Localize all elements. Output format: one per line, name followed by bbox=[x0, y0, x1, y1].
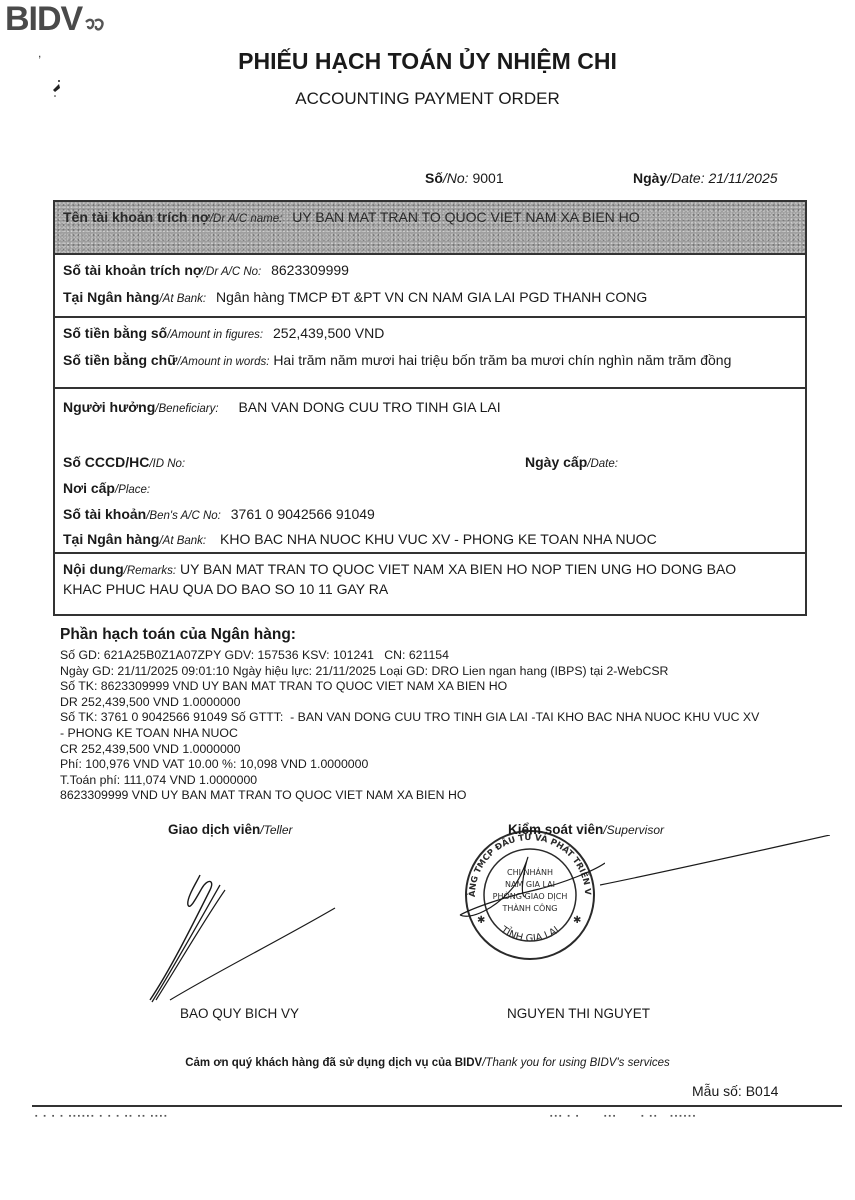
beneficiary-account-line: Số tài khoản/Ben's A/C No: 3761 0 904256… bbox=[63, 506, 375, 522]
bank-accounting-line: 8623309999 VND UY BAN MAT TRAN TO QUOC V… bbox=[60, 788, 759, 804]
bank-accounting-line: Ngày GD: 21/11/2025 09:01:10 Ngày hiệu l… bbox=[60, 664, 759, 680]
bank-accounting-line: - PHONG KE TOAN NHA NUOC bbox=[60, 726, 759, 742]
bank-accounting-title: Phần hạch toán của Ngân hàng: bbox=[60, 626, 296, 644]
beneficiary-name-line: Người hưởng/Beneficiary: BAN VAN DONG CU… bbox=[63, 399, 501, 415]
date-value: 21/11/2025 bbox=[708, 170, 777, 186]
remarks-value-2: KHAC PHUC HAU QUA DO BAO SO 10 11 GAY RA bbox=[63, 581, 388, 597]
thank-you-note: Cảm ơn quý khách hàng đã sử dụng dịch vụ… bbox=[0, 1057, 855, 1069]
teller-signature bbox=[140, 850, 340, 1015]
date-label-en: /Date: bbox=[667, 170, 704, 186]
bank-accounting-line: Số GD: 621A25B0Z1A07ZPY GDV: 157536 KSV:… bbox=[60, 648, 759, 664]
scan-blot bbox=[50, 78, 60, 88]
debit-name-line: Tên tài khoản trích nợ/Dr A/C name: UY B… bbox=[63, 209, 640, 225]
debit-account-line: Số tài khoản trích nợ/Dr A/C No: 8623309… bbox=[63, 262, 349, 278]
teller-name: BAO QUY BICH VY bbox=[180, 1006, 299, 1021]
no-label: Số bbox=[425, 170, 443, 186]
svg-text:THÀNH CÔNG: THÀNH CÔNG bbox=[502, 902, 558, 913]
debit-name-row: Tên tài khoản trích nợ/Dr A/C name: UY B… bbox=[55, 202, 805, 255]
debit-account-row: Số tài khoản trích nợ/Dr A/C No: 8623309… bbox=[55, 255, 805, 318]
footer-faint-text-right: ▪▪▪ ▪ ▪ ▪▪▪ ▪ ▪▪ ▪▪▪▪▪▪ bbox=[550, 1113, 697, 1120]
bidv-swirl-icon bbox=[84, 4, 106, 43]
beneficiary-bank-line: Tại Ngân hàng/At Bank: KHO BAC NHA NUOC … bbox=[63, 531, 657, 547]
bank-accounting-lines: Số GD: 621A25B0Z1A07ZPY GDV: 157536 KSV:… bbox=[60, 648, 759, 804]
remarks-row: Nội dung/Remarks: UY BAN MAT TRAN TO QUO… bbox=[55, 554, 805, 616]
teller-title: Giao dịch viên/Teller bbox=[168, 822, 293, 837]
document-date: Ngày/Date: 21/11/2025 bbox=[633, 170, 778, 186]
form-number: Mẫu số: B014 bbox=[692, 1083, 778, 1099]
document-number: Số/No: 9001 bbox=[425, 170, 504, 186]
no-value: 9001 bbox=[472, 170, 503, 186]
svg-text:CHI NHÁNH: CHI NHÁNH bbox=[507, 866, 553, 877]
remarks-line-2: KHAC PHUC HAU QUA DO BAO SO 10 11 GAY RA bbox=[63, 581, 388, 597]
beneficiary-id-line: Số CCCD/HC/ID No: bbox=[63, 454, 191, 470]
bank-accounting-line: T.Toán phí: 111,074 VND 1.0000000 bbox=[60, 773, 759, 789]
amount-figures-line: Số tiền bằng số/Amount in figures: 252,4… bbox=[63, 325, 384, 341]
supervisor-signature-stroke bbox=[600, 835, 830, 900]
no-label-en: /No: bbox=[443, 170, 469, 186]
amount-row: Số tiền bằng số/Amount in figures: 252,4… bbox=[55, 318, 805, 389]
footer-faint-text-left: ▪ ▪ ▪ ▪ ▪▪▪▪▪▪ ▪ ▪ ▪ ▪▪ ▪▪ ▪▪▪▪ bbox=[35, 1113, 169, 1120]
bank-accounting-line: Số TK: 8623309999 VND UY BAN MAT TRAN TO… bbox=[60, 679, 759, 695]
svg-text:✱: ✱ bbox=[573, 915, 581, 926]
beneficiary-place-line: Nơi cấp/Place: bbox=[63, 480, 156, 496]
bank-accounting-line: Số TK: 3761 0 9042566 91049 Số GTTT: - B… bbox=[60, 710, 759, 726]
debit-bank-line: Tại Ngân hàng/At Bank: Ngân hàng TMCP ĐT… bbox=[63, 289, 647, 305]
svg-text:✱: ✱ bbox=[477, 915, 485, 926]
amount-words-line: Số tiền bằng chữ/Amount in words: Hai tr… bbox=[63, 352, 731, 368]
footer-divider bbox=[32, 1105, 842, 1107]
date-label: Ngày bbox=[633, 170, 667, 186]
amount-figures-value: 252,439,500 VND bbox=[273, 325, 384, 341]
bank-accounting-line: CR 252,439,500 VND 1.0000000 bbox=[60, 742, 759, 758]
payment-details-box: Tên tài khoản trích nợ/Dr A/C name: UY B… bbox=[53, 200, 807, 616]
remarks-value-1: UY BAN MAT TRAN TO QUOC VIET NAM XA BIEN… bbox=[180, 561, 736, 577]
amount-words-value: Hai trăm năm mươi hai triệu bốn trăm ba … bbox=[273, 352, 731, 368]
bank-accounting-line: DR 252,439,500 VND 1.0000000 bbox=[60, 695, 759, 711]
supervisor-name: NGUYEN THI NGUYET bbox=[507, 1006, 650, 1021]
bank-accounting-line: Phí: 100,976 VND VAT 10.00 %: 10,098 VND… bbox=[60, 757, 759, 773]
beneficiary-bank-value: KHO BAC NHA NUOC KHU VUC XV - PHONG KE T… bbox=[220, 531, 657, 547]
debit-name-value: UY BAN MAT TRAN TO QUOC VIET NAM XA BIEN… bbox=[292, 209, 639, 225]
brand-name: BIDV bbox=[5, 0, 82, 38]
beneficiary-name-value: BAN VAN DONG CUU TRO TINH GIA LAI bbox=[238, 399, 500, 415]
document-title: PHIẾU HẠCH TOÁN ỦY NHIỆM CHI bbox=[0, 48, 855, 75]
remarks-line-1: Nội dung/Remarks: UY BAN MAT TRAN TO QUO… bbox=[63, 561, 736, 577]
svg-text:TỈNH GIA LAI: TỈNH GIA LAI bbox=[498, 924, 562, 944]
beneficiary-account-value: 3761 0 9042566 91049 bbox=[231, 506, 375, 522]
bank-stamp: NGÂN HÀNG TMCP ĐẦU TƯ VÀ PHÁT TRIỂN VIỆT… bbox=[455, 825, 605, 970]
beneficiary-issue-date-line: Ngày cấp/Date: bbox=[525, 454, 624, 470]
bidv-logo: BIDV bbox=[5, 0, 106, 43]
document-subtitle: ACCOUNTING PAYMENT ORDER bbox=[0, 89, 855, 109]
beneficiary-row: Người hưởng/Beneficiary: BAN VAN DONG CU… bbox=[55, 389, 805, 554]
debit-account-value: 8623309999 bbox=[271, 262, 349, 278]
debit-bank-value: Ngân hàng TMCP ĐT &PT VN CN NAM GIA LAI … bbox=[216, 289, 647, 305]
supervisor-title: Kiểm soát viên/Supervisor bbox=[508, 822, 664, 837]
